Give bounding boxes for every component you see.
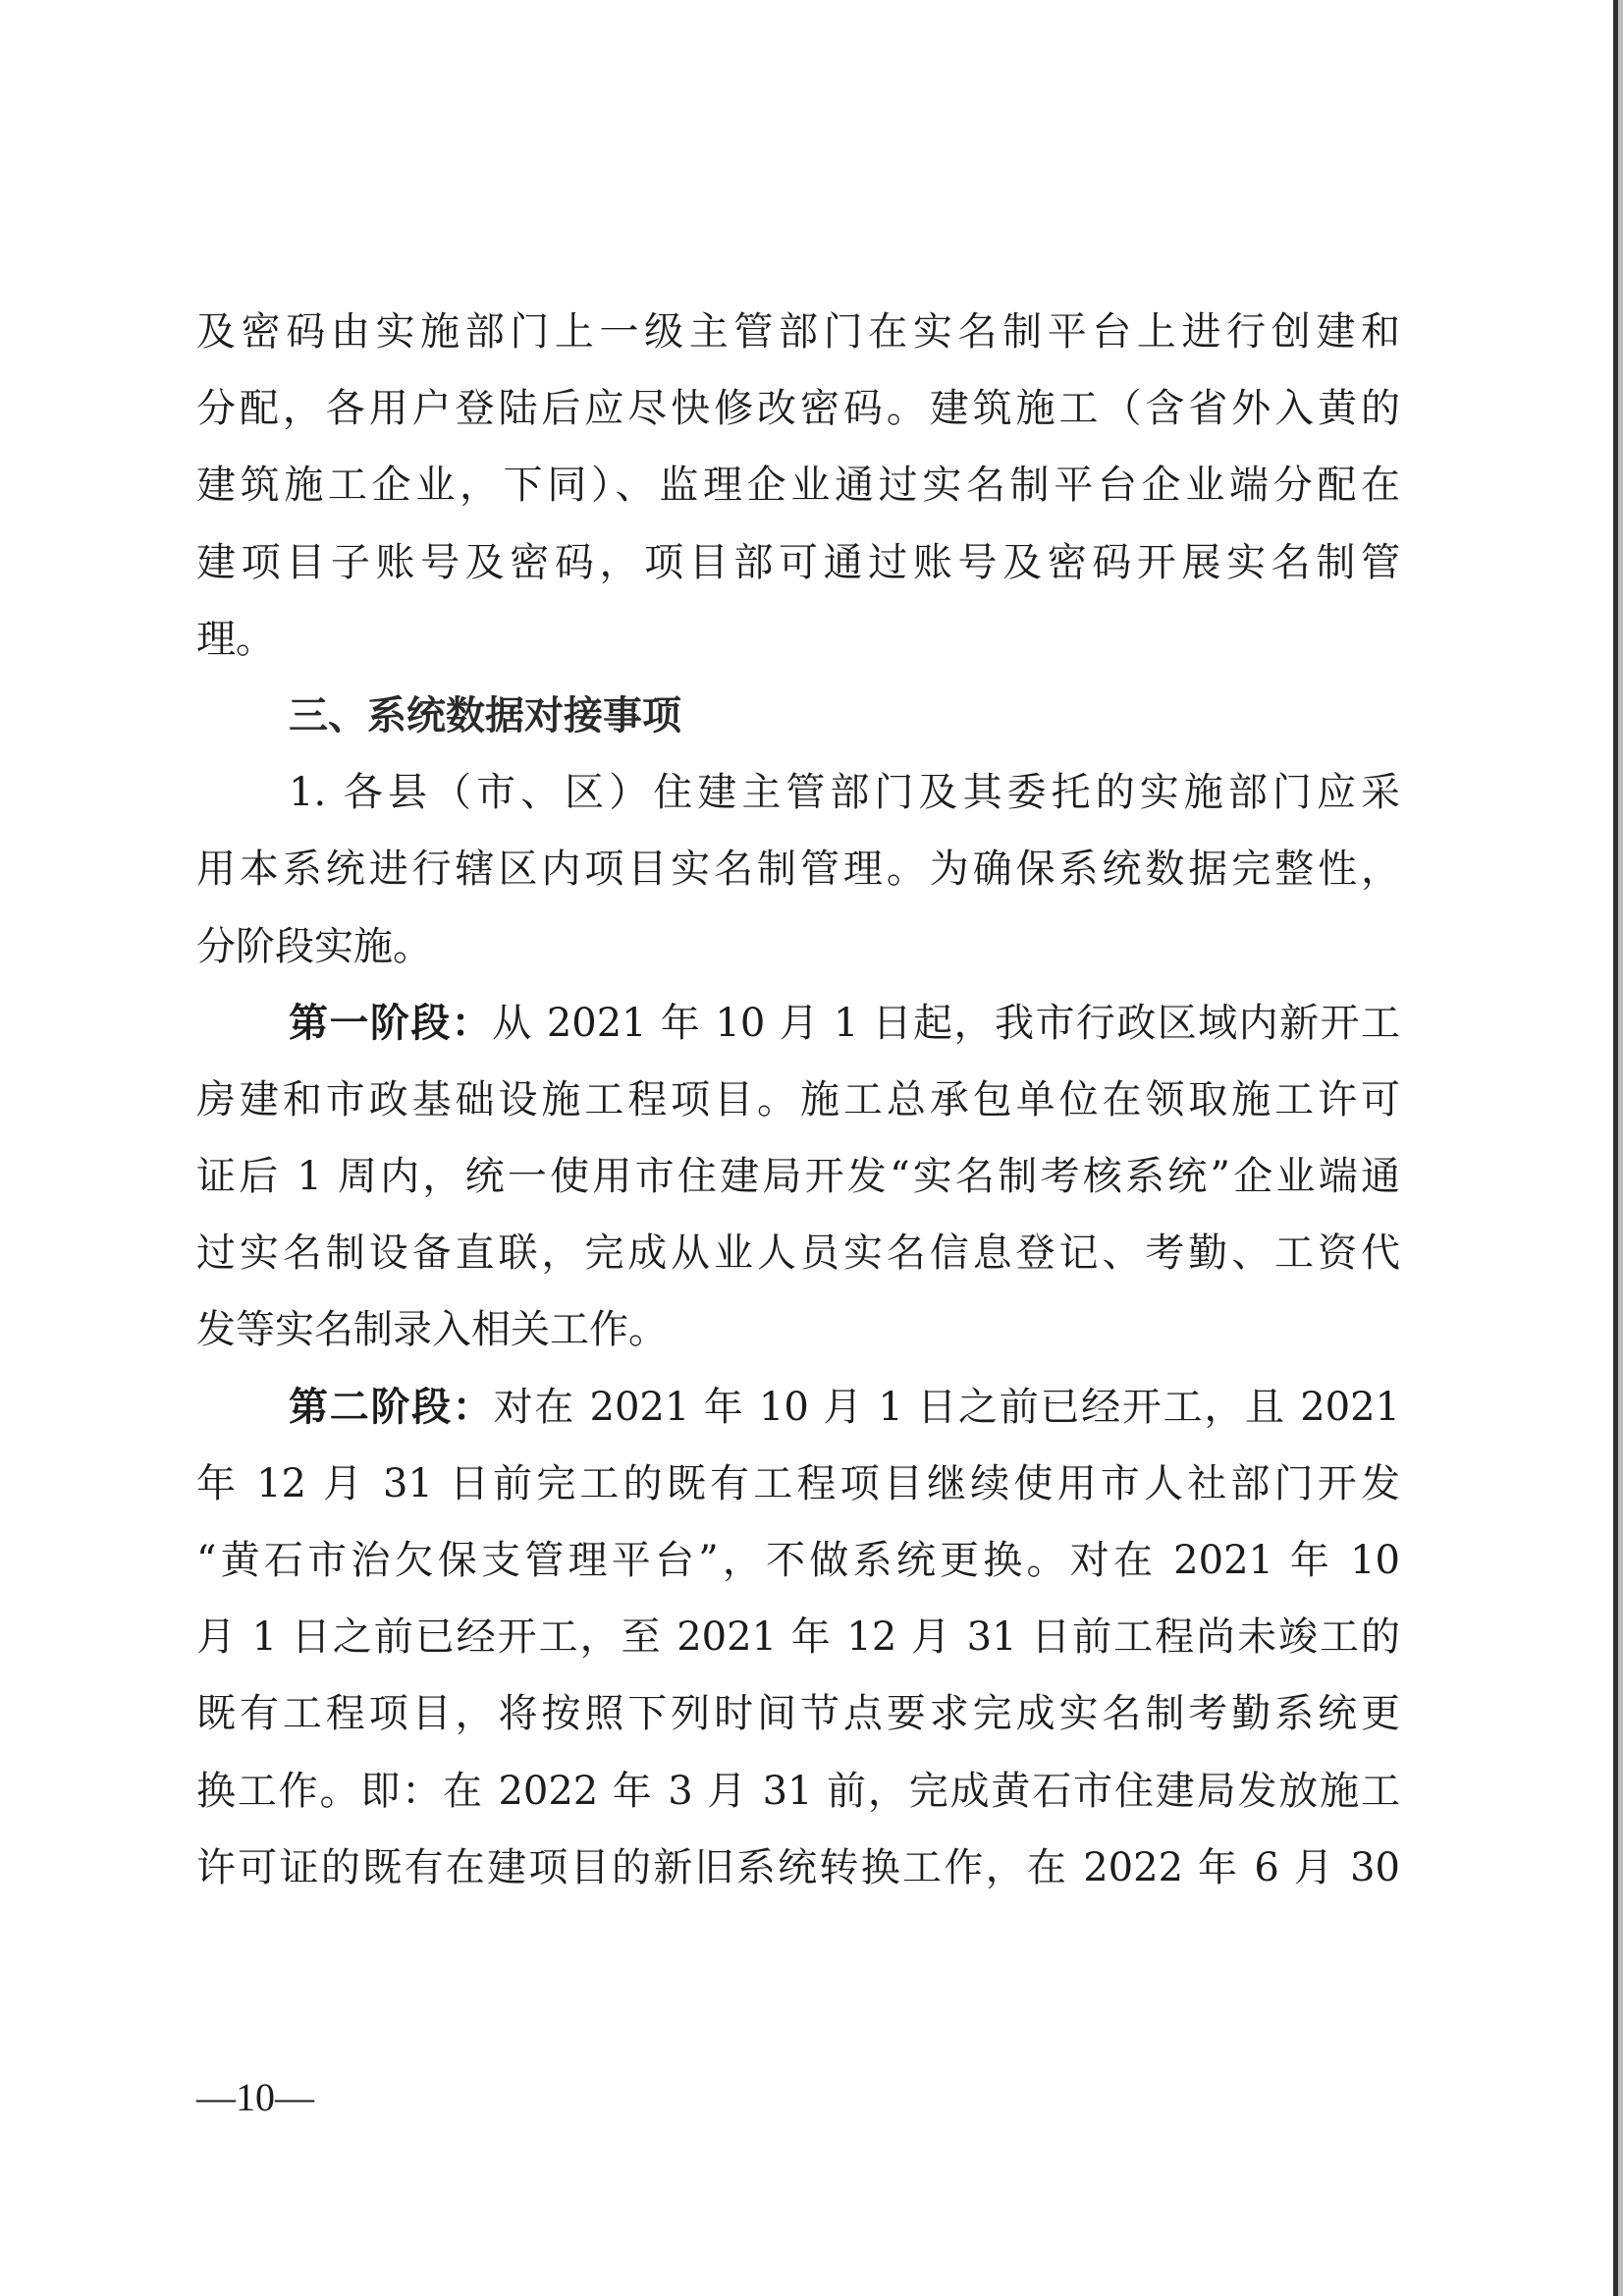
phase1-first-line: 第一阶段：从 2021 年 10 月 1 日起，我市行政区域内新开工 [196, 985, 1400, 1062]
phase1-line: 房建和市政基础设施工程项目。施工总承包单位在领取施工许可 [196, 1062, 1400, 1138]
section-heading: 三、系统数据对接事项 [196, 678, 1400, 754]
phase2-line: 年 12 月 31 日前完工的既有工程项目继续使用市人社部门开发 [196, 1446, 1400, 1522]
text-line: 及密码由实施部门上一级主管部门在实名制平台上进行创建和 [196, 294, 1400, 370]
phase2-line: “黄石市治欠保支管理平台”，不做系统更换。对在 2021 年 10 [196, 1522, 1400, 1599]
phase2-line: 换工作。即：在 2022 年 3 月 31 前，完成黄石市住建局发放施工 [196, 1753, 1400, 1830]
phase1-label: 第一阶段： [289, 1001, 492, 1046]
item1-line: 1. 各县（市、区）住建主管部门及其委托的实施部门应采 [196, 754, 1400, 831]
item1-line: 分阶段实施。 [196, 908, 1400, 985]
text-line: 分配，各用户登陆后应尽快修改密码。建筑施工（含省外入黄的 [196, 370, 1400, 447]
text-line: 理。 [196, 601, 1400, 678]
item1-line: 用本系统进行辖区内项目实名制管理。为确保系统数据完整性， [196, 831, 1400, 907]
phase2-text: 对在 2021 年 10 月 1 日之前已经开工，且 2021 [494, 1385, 1400, 1430]
phase2-first-line: 第二阶段：对在 2021 年 10 月 1 日之前已经开工，且 2021 [196, 1369, 1400, 1446]
phase2-line: 月 1 日之前已经开工，至 2021 年 12 月 31 日前工程尚未竣工的 [196, 1599, 1400, 1675]
body-text: 及密码由实施部门上一级主管部门在实名制平台上进行创建和 分配，各用户登陆后应尽快… [196, 294, 1400, 1906]
phase2-line: 既有工程项目，将按照下列时间节点要求完成实名制考勤系统更 [196, 1675, 1400, 1752]
phase1-line: 证后 1 周内，统一使用市住建局开发“实名制考核系统”企业端通 [196, 1138, 1400, 1215]
phase1-text: 从 2021 年 10 月 1 日起，我市行政区域内新开工 [492, 1001, 1400, 1046]
page-number: —10— [196, 2074, 314, 2120]
phase1-line: 过实名制设备直联，完成从业人员实名信息登记、考勤、工资代 [196, 1215, 1400, 1291]
text-line: 建项目子账号及密码，项目部可通过账号及密码开展实名制管 [196, 524, 1400, 601]
document-page: 及密码由实施部门上一级主管部门在实名制平台上进行创建和 分配，各用户登陆后应尽快… [0, 0, 1623, 2296]
text-line: 建筑施工企业，下同）、监理企业通过实名制平台企业端分配在 [196, 447, 1400, 523]
phase1-line: 发等实名制录入相关工作。 [196, 1291, 1400, 1368]
phase2-line: 许可证的既有在建项目的新旧系统转换工作，在 2022 年 6 月 30 [196, 1830, 1400, 1906]
scan-edge-shadow [1618, 0, 1623, 2296]
phase2-label: 第二阶段： [289, 1385, 494, 1430]
